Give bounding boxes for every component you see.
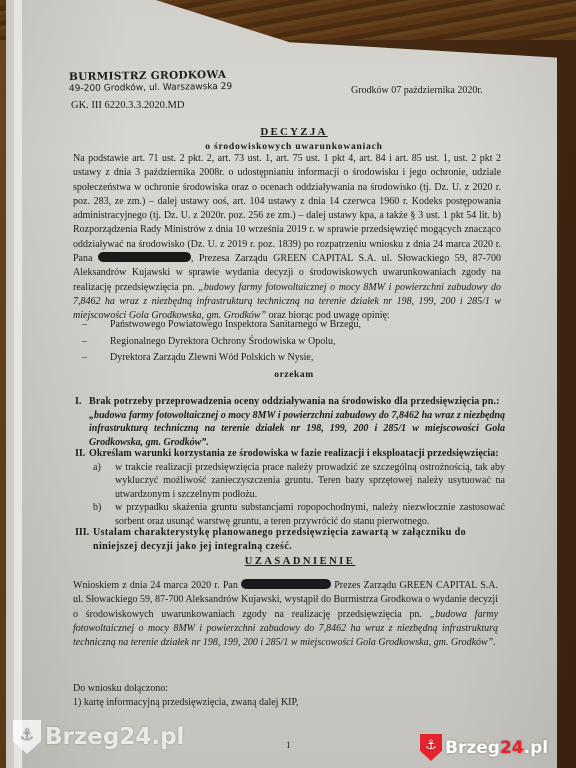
condition-label: a): [93, 461, 101, 475]
justification-paragraph: Wnioskiem z dnia 24 marca 2020 r. Pan Pr…: [73, 579, 498, 650]
attachments-heading: Do wniosku dołączono:: [73, 682, 298, 696]
place-and-date: Grodków 07 października 2020r.: [351, 85, 483, 96]
page-number: 1: [286, 740, 291, 750]
opinion-item: Państwowego Powiatowego Inspektora Sanit…: [82, 317, 361, 334]
condition-item: b) w przypadku skażenia gruntu substancj…: [93, 501, 505, 528]
redacted-name: [241, 579, 331, 589]
section-heading: Określam warunki korzystania ze środowis…: [89, 447, 505, 461]
redacted-name: [98, 252, 191, 262]
section-number: I.: [75, 395, 81, 409]
issuer-name: BURMISTRZ GRODKOWA: [69, 69, 226, 83]
watermark-logo-right: ⚓ Brzeg24.pl: [420, 734, 548, 761]
document-content: BURMISTRZ GRODKOWA 49-200 Grodków, ul. W…: [0, 0, 576, 768]
ruling-heading: orzekam: [6, 370, 576, 380]
document-subtitle: o środowiskowych uwarunkowaniach: [6, 142, 576, 152]
attachment-item: 1) kartę informacyjną przedsięwzięcia, z…: [73, 696, 298, 710]
section-number: II.: [75, 447, 85, 461]
document-title: DECYZJA: [6, 126, 576, 138]
section-III: III. Ustalam charakterystykę planowanego…: [75, 526, 505, 553]
condition-text: w trakcie realizacji przedsięwzięcia pra…: [115, 462, 505, 500]
watermark-text: Brzeg24.pl: [445, 738, 548, 758]
opinion-item: Dyrektora Zarządu Zlewni Wód Polskich w …: [82, 350, 361, 367]
condition-item: a) w trakcie realizacji przedsięwzięcia …: [93, 461, 505, 502]
legal-basis-text: Na podstawie art. 71 ust. 2 pkt. 2, art.…: [73, 153, 501, 264]
watermark-text: Brzeg24.pl: [45, 724, 184, 750]
case-reference: GK. III 6220.3.3.2020.MD: [71, 100, 184, 111]
condition-text: w przypadku skażenia gruntu substancjami…: [115, 502, 505, 527]
opinions-list: Państwowego Powiatowego Inspektora Sanit…: [82, 317, 361, 367]
section-heading: Ustalam charakterystykę planowanego prze…: [93, 526, 505, 553]
attachments: Do wniosku dołączono: 1) kartę informacy…: [73, 682, 298, 710]
issuer-address: 49-200 Grodków, ul. Warszawska 29: [69, 82, 232, 94]
opinion-item: Regionalnego Dyrektora Ochrony Środowisk…: [82, 334, 361, 351]
justification-text: Wnioskiem z dnia 24 marca 2020 r. Pan: [73, 580, 238, 591]
section-I: I. Brak potrzeby przeprowadzenia oceny o…: [75, 395, 505, 449]
shield-anchor-icon: ⚓: [420, 734, 442, 761]
shield-anchor-icon: ⚓: [13, 720, 41, 754]
project-name: „budowa farmy fotowoltaicznej o mocy 8MW…: [89, 409, 505, 450]
condition-label: b): [93, 501, 101, 515]
section-number: III.: [75, 526, 89, 540]
watermark-logo-left: ⚓ Brzeg24.pl: [13, 720, 184, 754]
section-heading: Brak potrzeby przeprowadzenia oceny oddz…: [89, 395, 505, 409]
justification-heading: UZASADNIENIE: [12, 556, 576, 567]
section-II: II. Określam warunki korzystania ze środ…: [75, 447, 505, 528]
legal-basis-paragraph: Na podstawie art. 71 ust. 2 pkt. 2, art.…: [73, 152, 501, 324]
